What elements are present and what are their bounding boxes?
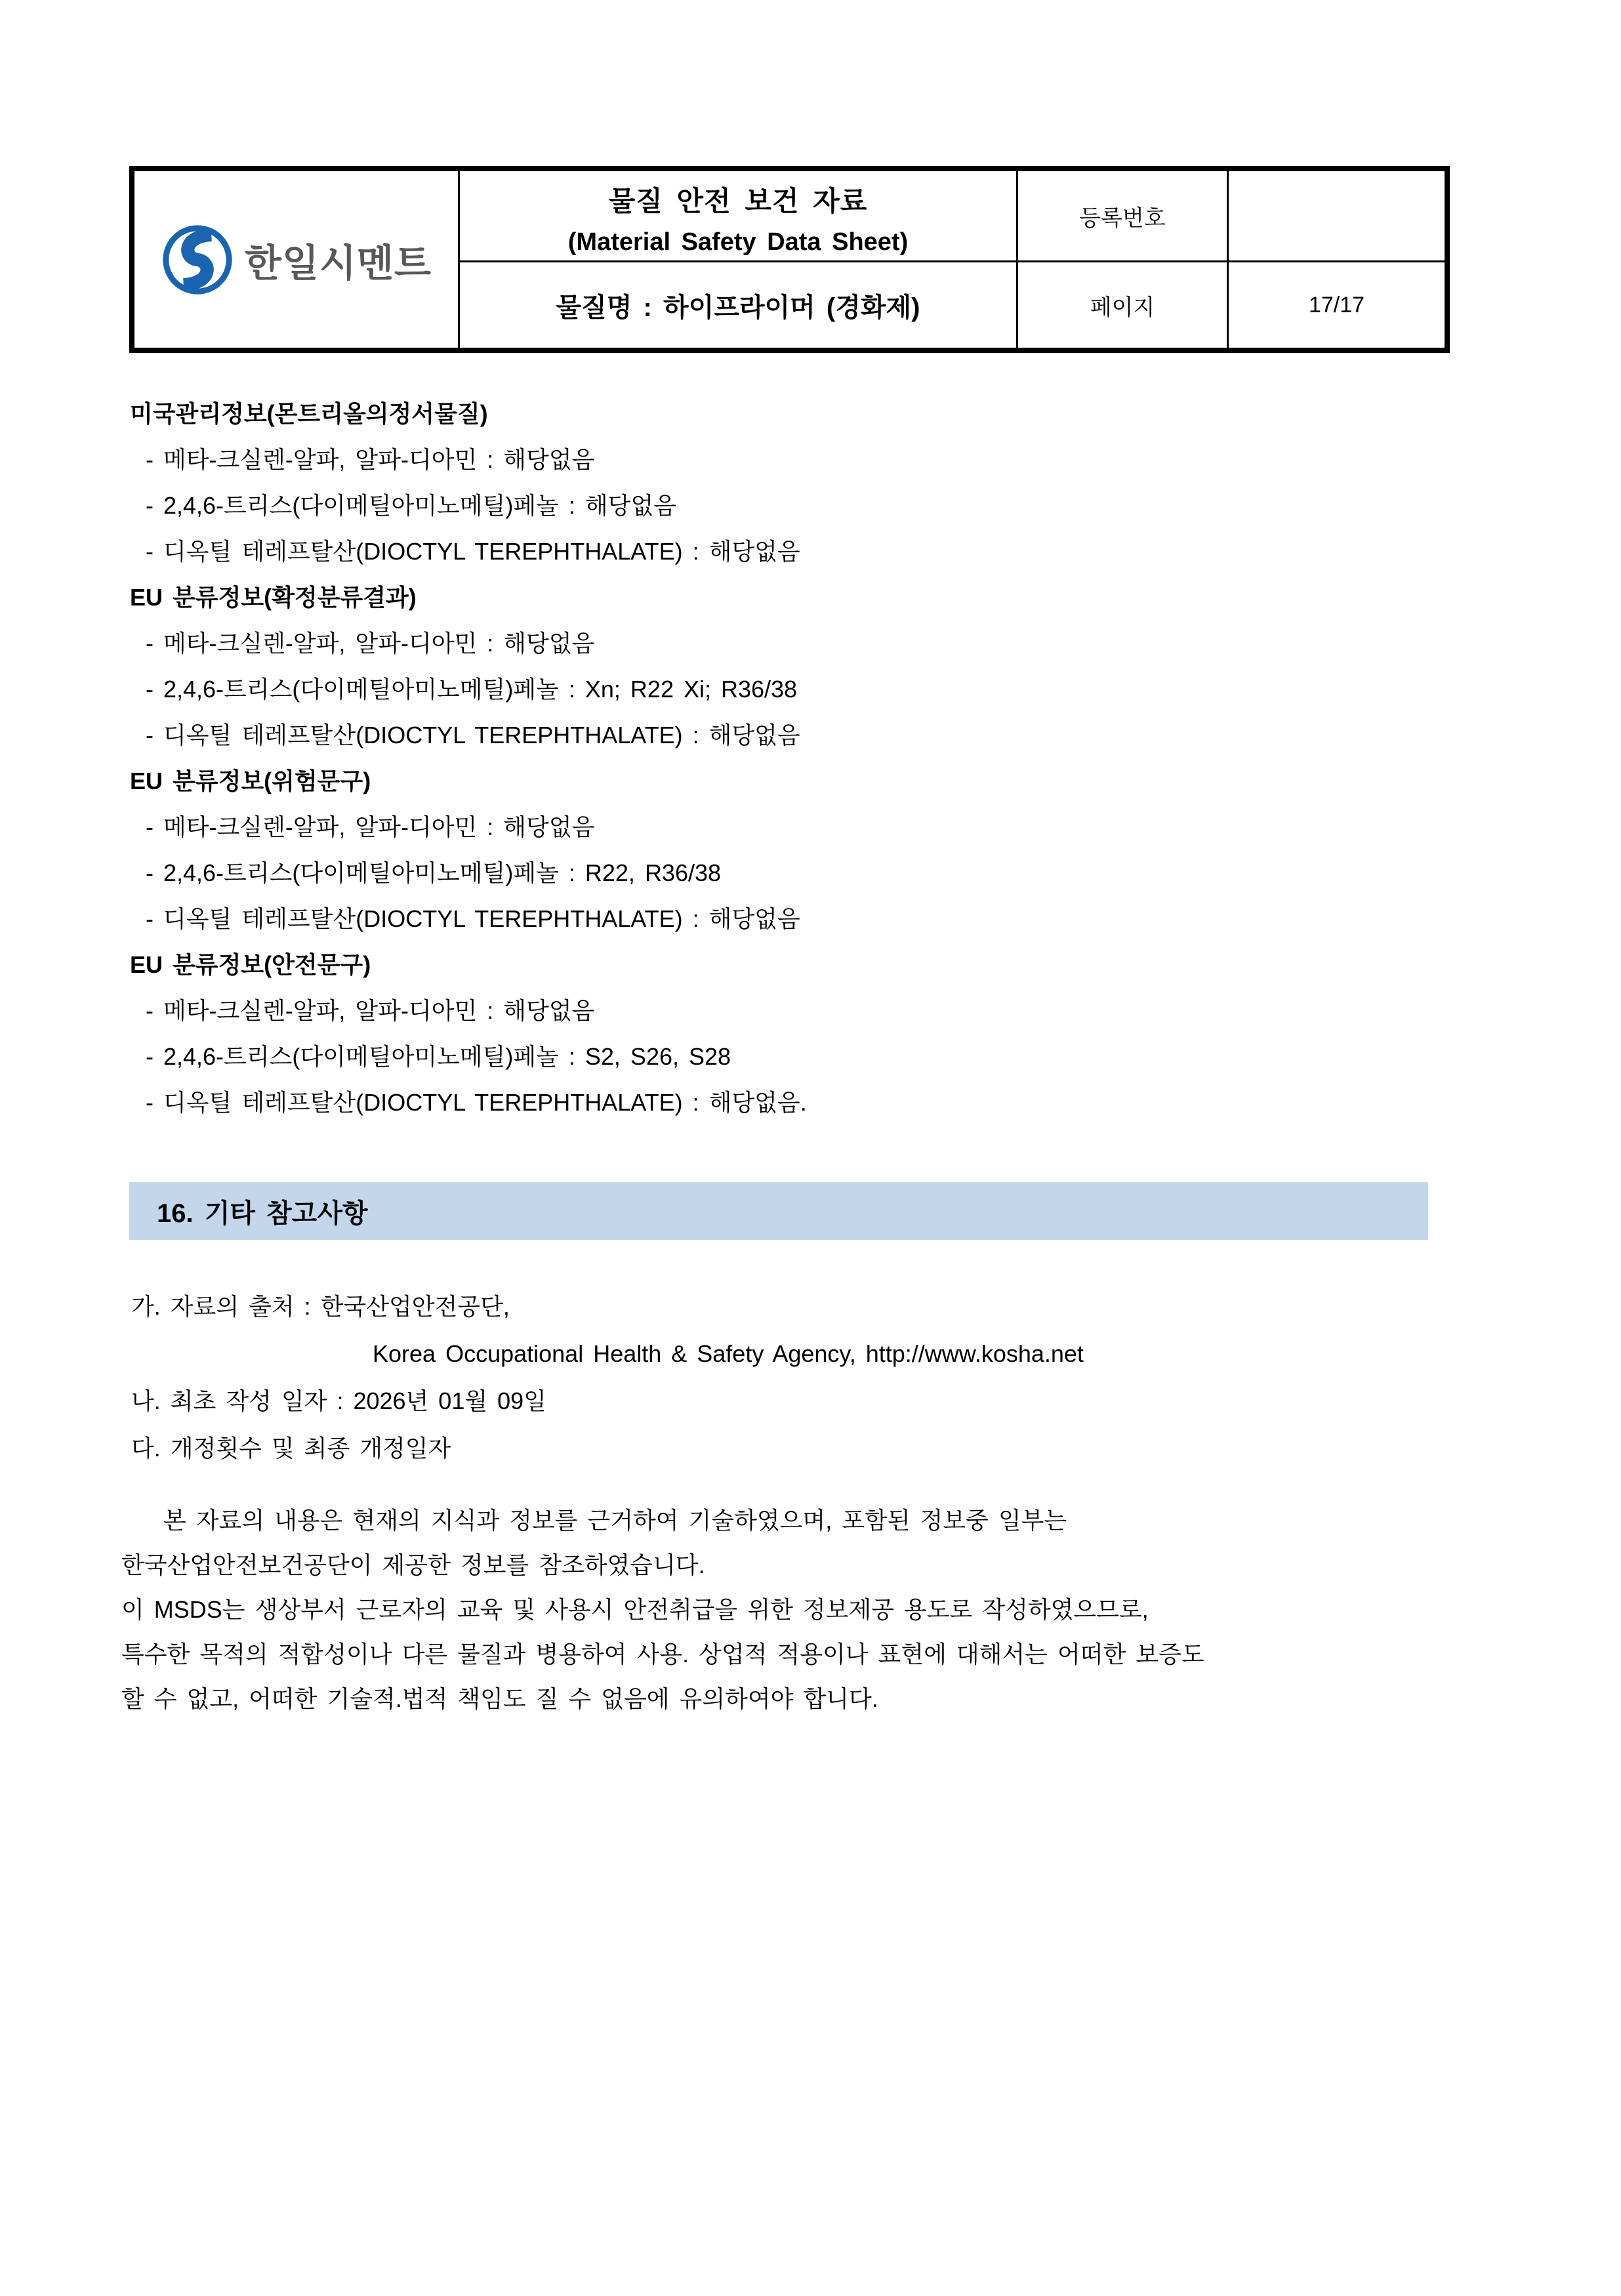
list-item: - 디옥틸 테레프탈산(DIOCTYL TEREPHTHALATE) : 해당없…	[130, 896, 1475, 942]
section16-body: 가. 자료의 출처 : 한국산업안전공단, Korea Occupational…	[131, 1283, 1476, 1472]
list-item: - 디옥틸 테레프탈산(DIOCTYL TEREPHTHALATE) : 해당없…	[130, 1080, 1475, 1126]
section-heading-eu-risk-phrases: EU 분류정보(위험문구)	[130, 758, 1475, 804]
disclaimer-paragraph: 본 자료의 내용은 현재의 지식과 정보를 근거하여 기술하였으며, 포함된 정…	[121, 1498, 1499, 1721]
document-title-english: (Material Safety Data Sheet)	[568, 228, 909, 256]
disclaimer-line: 특수한 목적의 적합성이나 다른 물질과 병용하여 사용. 상업적 적용이나 표…	[121, 1632, 1499, 1677]
list-item: - 디옥틸 테레프탈산(DIOCTYL TEREPHTHALATE) : 해당없…	[130, 712, 1475, 758]
list-item: - 메타-크실렌-알파, 알파-디아민 : 해당없음	[130, 804, 1475, 850]
disclaimer-line: 할 수 없고, 어떠한 기술적.법적 책임도 질 수 없음에 유의하여야 합니다…	[121, 1677, 1499, 1721]
section16-banner: 16. 기타 참고사항	[129, 1182, 1428, 1240]
data-source-agency-line: Korea Occupational Health & Safety Agenc…	[131, 1330, 1476, 1378]
registration-number-value	[1229, 171, 1445, 262]
section16-title: 16. 기타 참고사항	[157, 1193, 368, 1230]
header-table: 한일시멘트 물질 안전 보건 자료 (Material Safety Data …	[129, 166, 1450, 353]
document-title-cell: 물질 안전 보건 자료 (Material Safety Data Sheet)	[460, 171, 1018, 262]
disclaimer-line: 본 자료의 내용은 현재의 지식과 정보를 근거하여 기술하였으며, 포함된 정…	[121, 1498, 1499, 1543]
section-heading-eu-safety-phrases: EU 분류정보(안전문구)	[130, 942, 1475, 988]
msds-page: 한일시멘트 물질 안전 보건 자료 (Material Safety Data …	[0, 0, 1621, 2296]
company-logo: 한일시멘트	[134, 171, 460, 348]
list-item: - 메타-크실렌-알파, 알파-디아민 : 해당없음	[130, 988, 1475, 1034]
disclaimer-line: 이 MSDS는 생상부서 근로자의 교육 및 사용시 안전취급을 위한 정보제공…	[121, 1588, 1499, 1632]
page-number: 17/17	[1229, 262, 1445, 348]
hanil-cement-logo-icon	[161, 223, 234, 297]
registration-number-label: 등록번호	[1018, 171, 1229, 262]
list-item: - 메타-크실렌-알파, 알파-디아민 : 해당없음	[130, 621, 1475, 666]
document-title-korean: 물질 안전 보건 자료	[609, 180, 868, 219]
data-source-line: 가. 자료의 출처 : 한국산업안전공단,	[131, 1283, 1476, 1330]
section-heading-us-montreal: 미국관리정보(몬트리올의정서물질)	[130, 391, 1475, 437]
page-label: 페이지	[1018, 262, 1229, 348]
list-item: - 메타-크실렌-알파, 알파-디아민 : 해당없음	[130, 437, 1475, 483]
list-item: - 디옥틸 테레프탈산(DIOCTYL TEREPHTHALATE) : 해당없…	[130, 529, 1475, 575]
list-item: - 2,4,6-트리스(다이메틸아미노메틸)페놀 : R22, R36/38	[130, 850, 1475, 896]
regulatory-info-list: 미국관리정보(몬트리올의정서물질) - 메타-크실렌-알파, 알파-디아민 : …	[130, 391, 1475, 1126]
revision-info-line: 다. 개정횟수 및 최종 개정일자	[131, 1425, 1476, 1472]
section-heading-eu-classification: EU 분류정보(확정분류결과)	[130, 575, 1475, 621]
first-issue-date-line: 나. 최초 작성 일자 : 2026년 01월 09일	[131, 1378, 1476, 1425]
list-item: - 2,4,6-트리스(다이메틸아미노메틸)페놀 : 해당없음	[130, 483, 1475, 529]
list-item: - 2,4,6-트리스(다이메틸아미노메틸)페놀 : S2, S26, S28	[130, 1034, 1475, 1080]
list-item: - 2,4,6-트리스(다이메틸아미노메틸)페놀 : Xn; R22 Xi; R…	[130, 666, 1475, 712]
company-name: 한일시멘트	[245, 232, 432, 287]
disclaimer-line: 한국산업안전보건공단이 제공한 정보를 참조하였습니다.	[121, 1543, 1499, 1588]
material-name: 물질명 : 하이프라이머 (경화제)	[460, 262, 1018, 348]
